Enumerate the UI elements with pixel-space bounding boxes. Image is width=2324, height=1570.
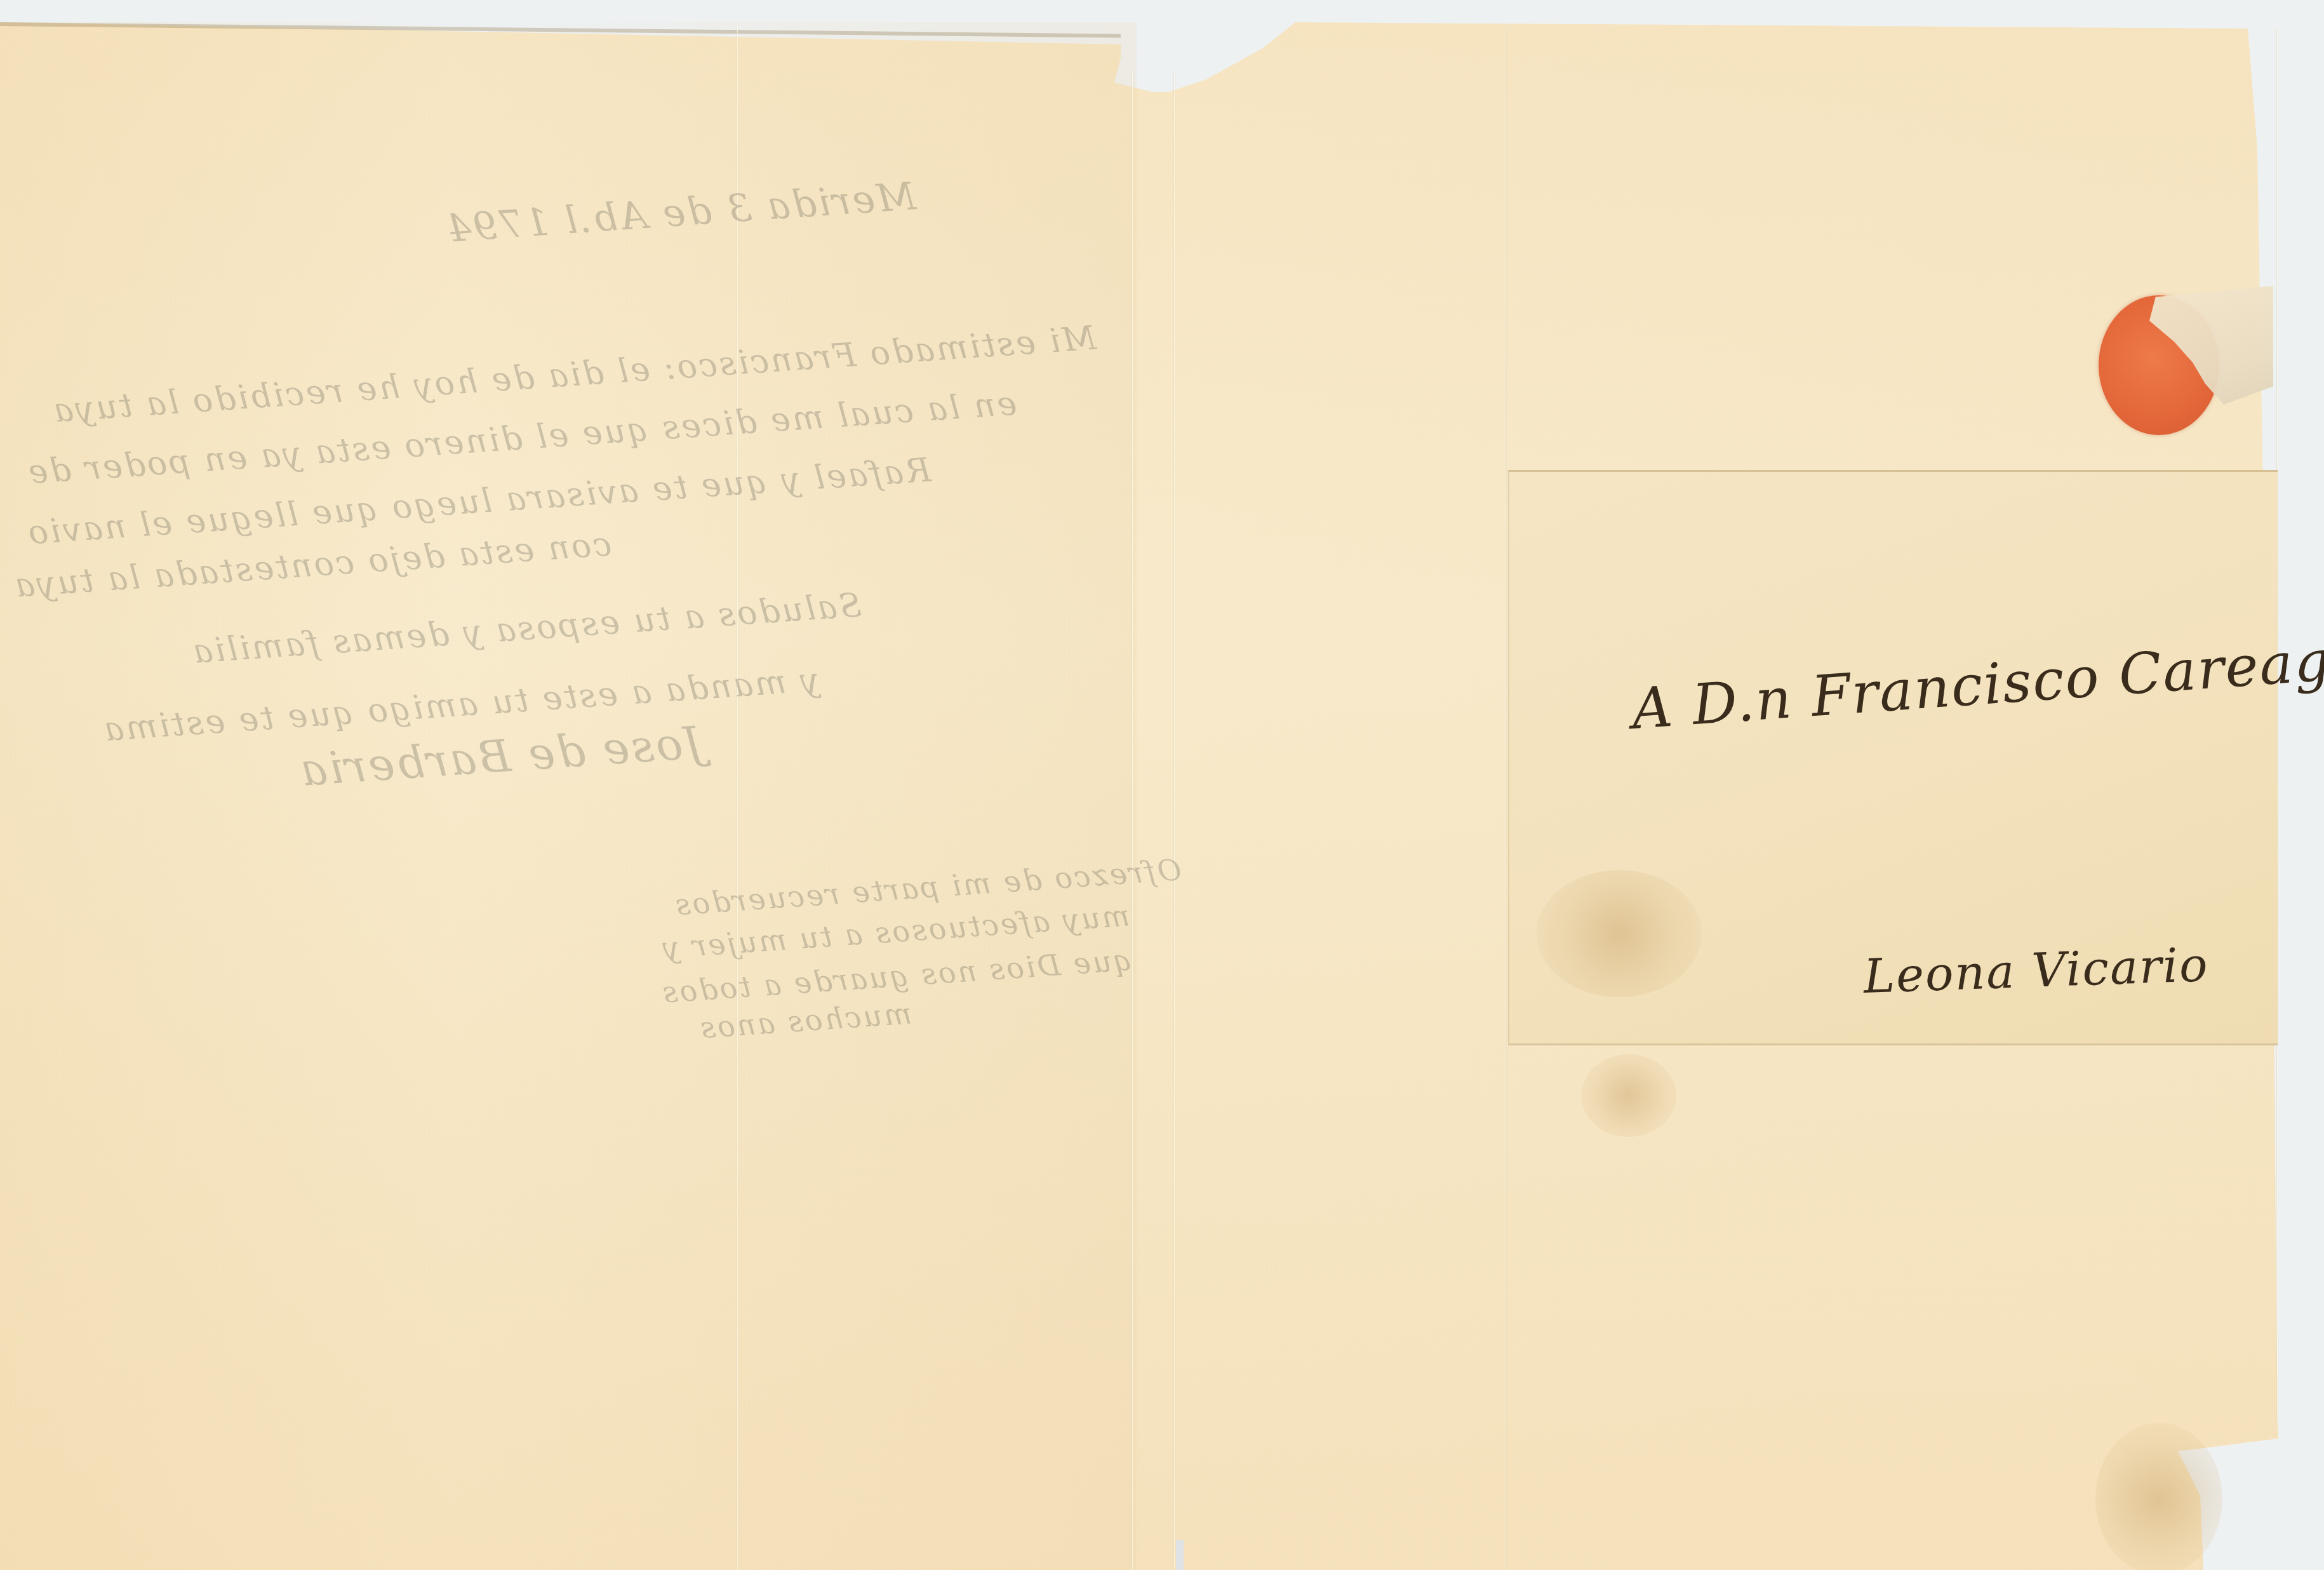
fold-line-vertical (737, 25, 738, 1570)
fold-line-vertical (1132, 70, 1133, 1570)
fold-line-vertical (1505, 29, 1507, 1570)
document-scan: Merida 3 de Ab.l 1794 Mi estimado Franci… (0, 0, 2324, 1570)
torn-edge (1176, 1540, 1184, 1570)
fold-line-vertical (1173, 70, 1175, 1570)
water-stain (1537, 870, 1702, 997)
water-stain (1581, 1054, 1676, 1137)
water-stain (2095, 1423, 2222, 1570)
